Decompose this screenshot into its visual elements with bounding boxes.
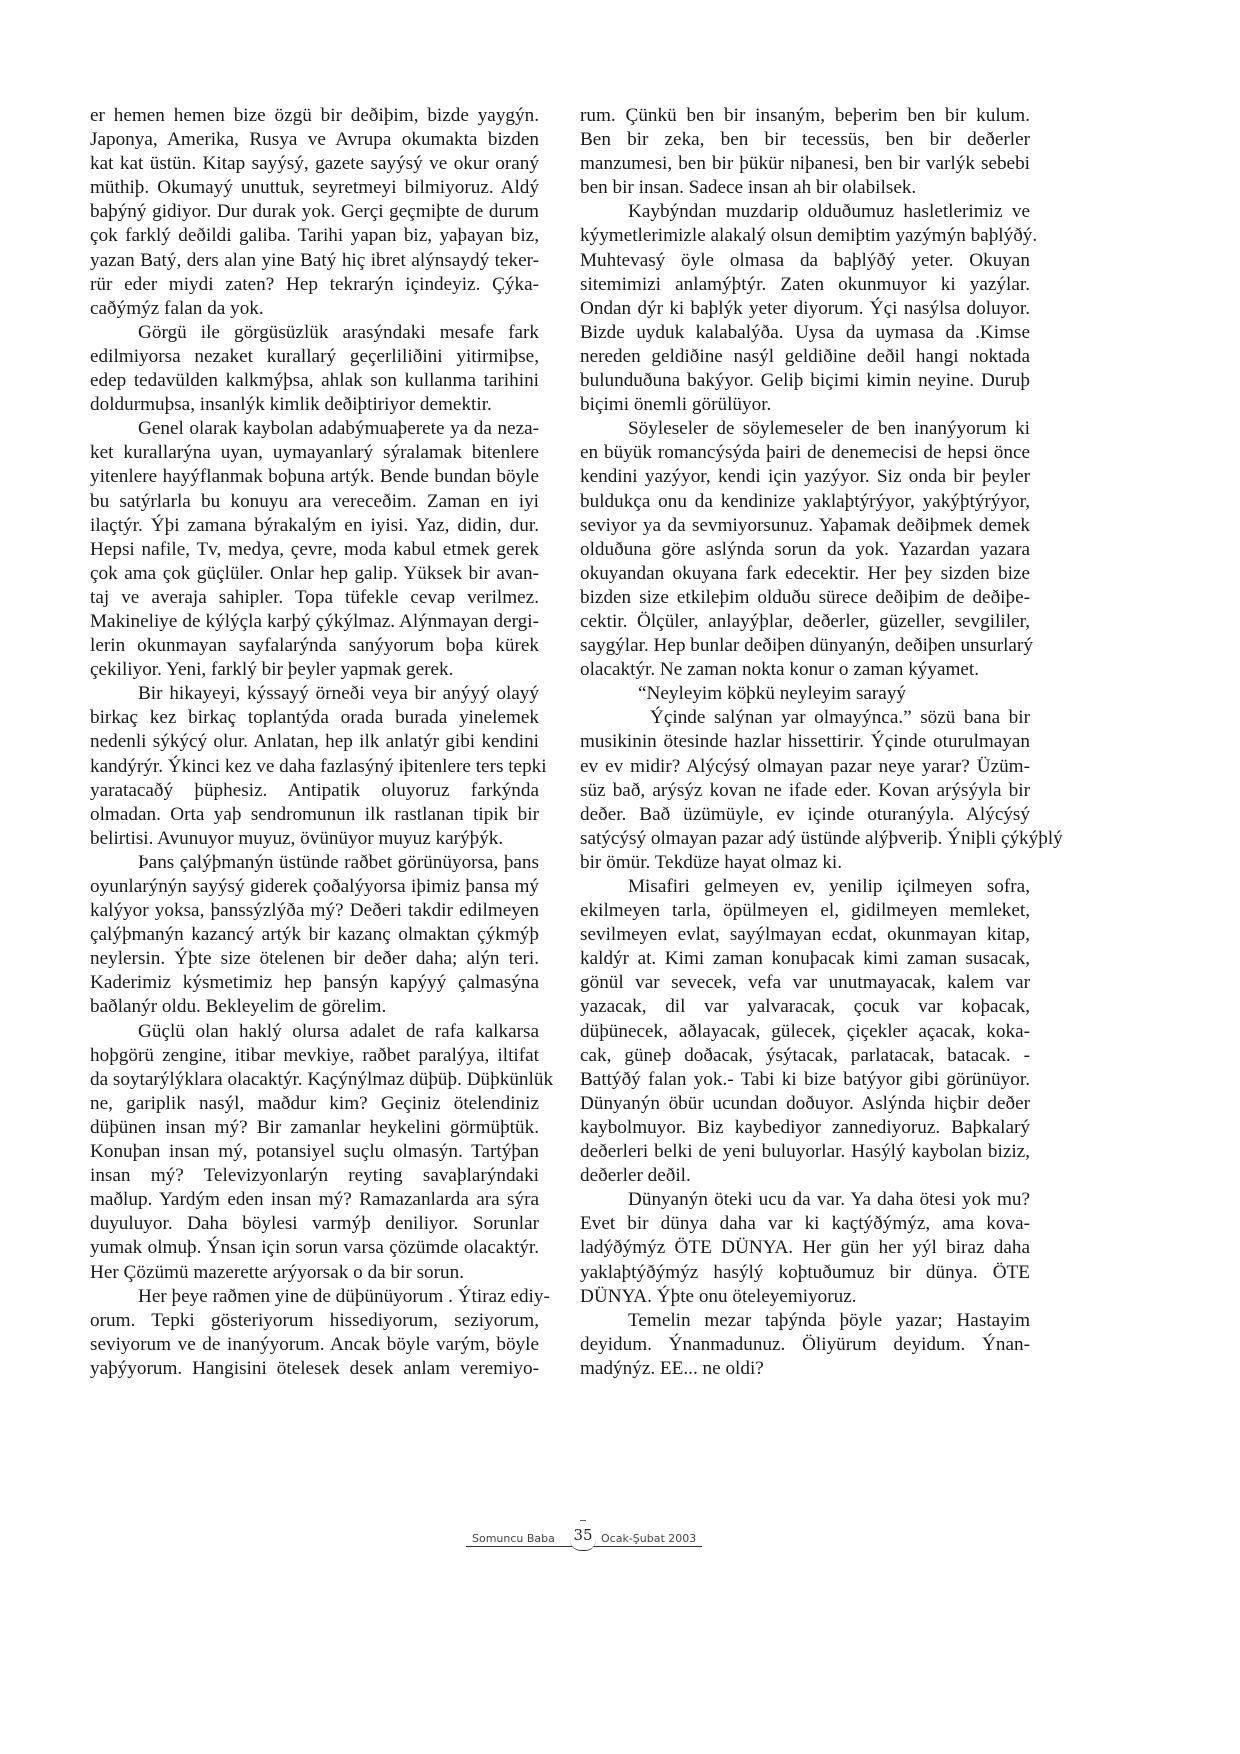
text-line: kalýyor yoksa, þanssýzlýða mý? Deðeri ta… [90, 899, 539, 923]
text-line: yitenlere hayýflanmak boþuna artýk. Bend… [90, 465, 539, 489]
text-line: manzumesi, ben bir þükür niþanesi, ben b… [580, 152, 1030, 176]
text-line: müthiþ. Okumayý unuttuk, seyretmeyi bilm… [90, 176, 539, 200]
text-line: insan mý? Televizyonlarýn reyting savaþl… [90, 1164, 539, 1188]
text-line: Dünyanýn öteki ucu da var. Ya daha ötesi… [580, 1188, 1030, 1212]
text-line: sitemimizi anlamýþtýr. Zaten okunmuyor k… [580, 273, 1030, 297]
text-line: çok ama çok güçlüler. Onlar hep galip. Y… [90, 562, 539, 586]
page-number-tick [580, 1520, 586, 1521]
text-line: ekilmeyen tarla, öpülmeyen el, gidilmeye… [580, 899, 1030, 923]
text-line: satýcýsý olmayan pazar adý üstünde alýþv… [580, 827, 1030, 851]
text-line: Battýðý falan yok.- Tabi ki bize batýyor… [580, 1068, 1030, 1092]
left-text-column: er hemen hemen bize özgü bir deðiþim, bi… [90, 104, 539, 1381]
text-line: biçimi önemli görülüyor. [580, 393, 1030, 417]
text-line: çekiliyor. Yeni, farklý bir þeyler yapma… [90, 658, 539, 682]
text-line: olmadan. Orta yaþ sendromunun ilk rastla… [90, 803, 539, 827]
text-line: madýnýz. EE... ne oldi? [580, 1357, 1030, 1381]
text-line: edep tedavülden kalkmýþsa, ahlak son kul… [90, 369, 539, 393]
text-line: sevilmeyen evlat, sayýlmayan ecdat, okun… [580, 923, 1030, 947]
text-line: yumak olmuþ. Ýnsan için sorun varsa çözü… [90, 1236, 539, 1260]
text-line: hoþgörü zengine, itibar mevkiye, raðbet … [90, 1044, 539, 1068]
text-line: ladýðýmýz ÖTE DÜNYA. Her gün her yýl bir… [580, 1236, 1030, 1260]
text-line: lerin okunmayan sayfalarýnda sanýyorum b… [90, 634, 539, 658]
text-line: deðer. Bað üzümüyle, ev içinde oturanýyl… [580, 803, 1030, 827]
text-line: yaratacaðý þüphesiz. Antipatik oluyoruz … [90, 779, 539, 803]
text-line: Her Çözümü mazerette arýyorsak o da bir … [90, 1261, 539, 1285]
text-line: Güçlü olan haklý olursa adalet de rafa k… [90, 1020, 539, 1044]
text-line: “Neyleyim köþkü neyleyim sarayý [580, 682, 1030, 706]
text-line: deyidum. Ýnanmadunuz. Öliyürum deyidum. … [580, 1333, 1030, 1357]
text-line: caðýmýz falan da yok. [90, 297, 539, 321]
text-line: Makineliye de kýlýçla karþý çýkýlmaz. Al… [90, 610, 539, 634]
text-line: Þans çalýþmanýn üstünde raðbet görünüyor… [90, 851, 539, 875]
text-line: Misafiri gelmeyen ev, yenilip içilmeyen … [580, 875, 1030, 899]
text-line: Ben bir zeka, ben bir tecessüs, ben bir … [580, 128, 1030, 152]
text-line: kaybolmuyor. Biz kaybediyor zannediyoruz… [580, 1116, 1030, 1140]
text-line: ilaçtýr. Ýþi zamana býrakalým en iyisi. … [90, 514, 539, 538]
text-line: doldurmuþsa, insanlýk kimlik deðiþtiriyo… [90, 393, 539, 417]
text-line: oyunlarýnýn sayýsý giderek çoðalýyorsa i… [90, 875, 539, 899]
text-line: ket kurallarýna uyan, uymayanlarý sýrala… [90, 441, 539, 465]
text-line: maðlup. Yardým eden insan mý? Ramazanlar… [90, 1188, 539, 1212]
page-number: 35 [568, 1526, 598, 1544]
text-line: kat kat üstün. Kitap sayýsý, gazete sayý… [90, 152, 539, 176]
text-line: kandýrýr. Ýkinci kez ve daha fazlasýný i… [90, 755, 539, 779]
text-line: yaþýyorum. Hangisini ötelesek desek anla… [90, 1357, 539, 1381]
text-line: düþünen insan mý? Bir zamanlar heykelini… [90, 1116, 539, 1140]
text-line: Kaderimiz kýsmetimiz hep þansýn kapýyý ç… [90, 971, 539, 995]
text-line: bu satýrlarla bu konuyu ara vereceðim. Z… [90, 490, 539, 514]
text-line: Söyleseler de söylemeseler de ben inanýy… [580, 417, 1030, 441]
text-line: okuyandan okuyana fark edecektir. Her þe… [580, 562, 1030, 586]
text-line: edilmiyorsa nezaket kurallarý geçerlilið… [90, 345, 539, 369]
text-line: buldukça onu da kendinize yaklaþtýrýyor,… [580, 490, 1030, 514]
text-line: kendini yazýyor, kendi için yazýyor. Siz… [580, 465, 1030, 489]
text-line: er hemen hemen bize özgü bir deðiþim, bi… [90, 104, 539, 128]
text-line: saygýlar. Hep bunlar deðiþen dünyanýn, d… [580, 634, 1030, 658]
text-line: Evet bir dünya daha var ki kaçtýðýmýz, a… [580, 1212, 1030, 1236]
text-line: belirtisi. Avunuyor muyuz, övünüyor muyu… [90, 827, 539, 851]
text-line: Bizde uyduk kalabalýða. Uysa da uymasa d… [580, 321, 1030, 345]
text-line: Muhtevasý öyle olmasa da baþlýðý yeter. … [580, 249, 1030, 273]
text-line: düþünecek, aðlayacak, gülecek, çiçekler … [580, 1020, 1030, 1044]
text-line: ev ev midir? Alýcýsý olmayan pazar neye … [580, 755, 1030, 779]
text-line: orum. Tepki gösteriyorum hissediyorum, s… [90, 1309, 539, 1333]
text-line: ne, gariplik nasýl, maðdur kim? Geçiniz … [90, 1092, 539, 1116]
text-line: duyuluyor. Daha böylesi varmýþ deniliyor… [90, 1212, 539, 1236]
text-line: Konuþan insan mý, potansiyel suçlu olmas… [90, 1140, 539, 1164]
text-line: yaklaþtýðýmýz hasýlý koþtuðumuz bir düny… [580, 1261, 1030, 1285]
text-line: Ýçinde salýnan yar olmayýnca.” sözü bana… [580, 706, 1030, 730]
right-text-column: rum. Çünkü ben bir insaným, beþerim ben … [580, 104, 1030, 1381]
text-line: bulunduðuna bakýyor. Geliþ biçimi kimin … [580, 369, 1030, 393]
text-line: musikinin ötesinde hazlar hissettirir. Ý… [580, 730, 1030, 754]
text-line: kaldýr at. Kimi zaman konuþacak kimi zam… [580, 947, 1030, 971]
text-line: Kaybýndan muzdarip olduðumuz hasletlerim… [580, 200, 1030, 224]
text-line: rür eder miydi zaten? Hep tekrarýn içind… [90, 273, 539, 297]
text-line: çalýþmanýn kazancý artýk bir kazanç olma… [90, 923, 539, 947]
text-line: bir ömür. Tekdüze hayat olmaz ki. [580, 851, 1030, 875]
text-line: Dünyanýn öbür ucundan doðuyor. Aslýnda h… [580, 1092, 1030, 1116]
text-line: deðerleri belki de yeni buluyorlar. Hasý… [580, 1140, 1030, 1164]
text-line: cak, güneþ doðacak, ýsýtacak, parlatacak… [580, 1044, 1030, 1068]
text-line: süz bað, arýsýz kovan ne ifade eder. Kov… [580, 779, 1030, 803]
text-line: Temelin mezar taþýnda þöyle yazar; Hasta… [580, 1309, 1030, 1333]
publication-name: Somuncu Baba [472, 1532, 555, 1545]
text-line: DÜNYA. Ýþte onu öteleyemiyoruz. [580, 1285, 1030, 1309]
text-line: Genel olarak kaybolan adabýmuaþerete ya … [90, 417, 539, 441]
text-line: deðerler deðil. [580, 1164, 1030, 1188]
text-line: Ondan dýr ki baþlýk yeter diyorum. Ýçi n… [580, 297, 1030, 321]
text-line: olduðuna göre aslýnda sorun da yok. Yaza… [580, 538, 1030, 562]
text-line: Bir hikayeyi, kýssayý örneði veya bir an… [90, 682, 539, 706]
text-line: rum. Çünkü ben bir insaným, beþerim ben … [580, 104, 1030, 128]
text-line: gönül var sevecek, vefa var unutmayacak,… [580, 971, 1030, 995]
text-line: seviyor ya da sevmiyorsunuz. Yaþamak deð… [580, 514, 1030, 538]
text-line: neylersin. Ýþte size ötelenen bir deðer … [90, 947, 539, 971]
text-line: Hepsi nafile, Tv, medya, çevre, moda kab… [90, 538, 539, 562]
text-line: Japonya, Amerika, Rusya ve Avrupa okumak… [90, 128, 539, 152]
text-line: çok farklý deðildi galiba. Tarihi yapan … [90, 224, 539, 248]
text-line: en büyük romancýsýda þairi de denemecisi… [580, 441, 1030, 465]
text-line: baðlanýr oldu. Bekleyelim de görelim. [90, 995, 539, 1019]
text-line: ben bir insan. Sadece insan ah bir olabi… [580, 176, 1030, 200]
text-line: da soytarýlýklara olacaktýr. Kaçýnýlmaz … [90, 1068, 539, 1092]
text-line: nereden geldiðine nasýl geldiðine deðil … [580, 345, 1030, 369]
text-line: seviyorum ve de inanýyorum. Ancak böyle … [90, 1333, 539, 1357]
text-line: Görgü ile görgüsüzlük arasýndaki mesafe … [90, 321, 539, 345]
text-line: olacaktýr. Ne zaman nokta konur o zaman … [580, 658, 1030, 682]
magazine-page: er hemen hemen bize özgü bir deðiþim, bi… [0, 0, 1240, 1754]
text-line: taj ve averaja sahipler. Topa tüfekle ce… [90, 586, 539, 610]
text-line: yazan Batý, ders alan yine Batý hiç ibre… [90, 249, 539, 273]
text-line: birkaç kez birkaç toplantýda orada burad… [90, 706, 539, 730]
text-line: nedenli sýkýcý olur. Anlatan, hep ilk an… [90, 730, 539, 754]
page-footer: Somuncu Baba 35 Ocak-Şubat 2003 [466, 1530, 702, 1560]
issue-date: Ocak-Şubat 2003 [601, 1532, 696, 1545]
text-line: baþýný gidiyor. Dur durak yok. Gerçi geç… [90, 200, 539, 224]
text-line: cektir. Ölçüler, anlayýþlar, deðerler, g… [580, 610, 1030, 634]
text-line: kýymetlerimizle alakalý olsun demiþtim y… [580, 224, 1030, 248]
text-line: Her þeye raðmen yine de düþünüyorum . Ýt… [90, 1285, 539, 1309]
text-line: bizden size etkileþim olduðu sürece deði… [580, 586, 1030, 610]
text-line: yazacak, dil var yalvaracak, çocuk var k… [580, 995, 1030, 1019]
